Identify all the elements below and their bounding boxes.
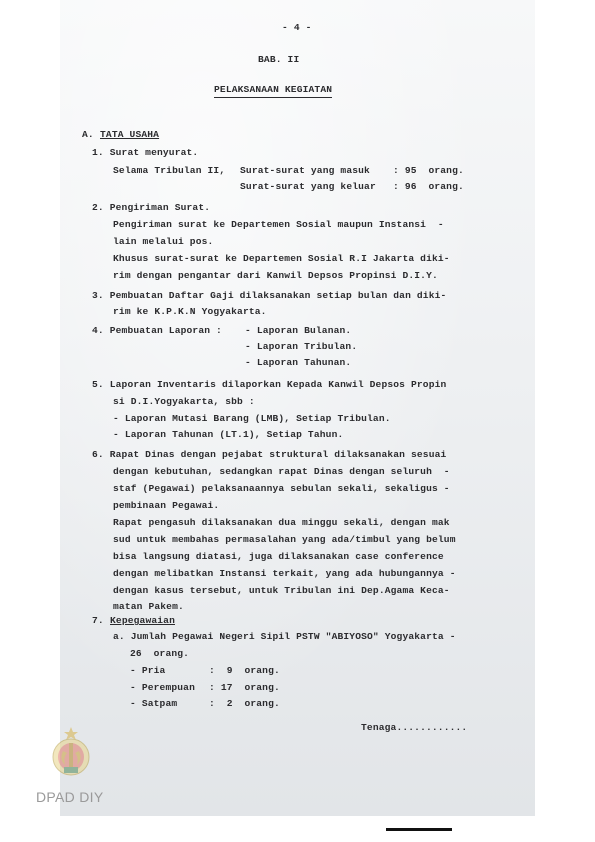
item7-title: Kepegawaian (110, 616, 175, 626)
item6-line: dengan melibatkan Instansi terkait, yang… (113, 569, 456, 579)
item7-sub-a-total: 26 orang. (130, 649, 189, 659)
breakdown-label: - Pria (130, 666, 165, 676)
chapter-heading: BAB. II (258, 55, 299, 65)
item1-incoming-label: Surat-surat yang masuk (240, 166, 370, 176)
breakdown-value: : 9 orang. (209, 666, 280, 676)
section-a-title: TATA USAHA (100, 130, 159, 140)
emblem-icon (51, 727, 91, 779)
item2-line: Pengiriman surat ke Departemen Sosial ma… (113, 220, 444, 230)
item4-title: 4. Pembuatan Laporan : (92, 326, 222, 336)
item6-line: dengan kasus tersebut, untuk Tribulan in… (113, 586, 450, 596)
item5-line: - Laporan Mutasi Barang (LMB), Setiap Tr… (113, 414, 391, 424)
item6-line: dengan kebutuhan, sedangkan rapat Dinas … (113, 467, 450, 477)
item6-line: 6. Rapat Dinas dengan pejabat struktural… (92, 450, 446, 460)
item3-line: rim ke K.P.K.N Yogyakarta. (113, 307, 267, 317)
item6-line: Rapat pengasuh dilaksanakan dua minggu s… (113, 518, 450, 528)
item1-period: Selama Tribulan II, (113, 166, 231, 176)
breakdown-label: - Perempuan (130, 683, 195, 693)
item4-report: - Laporan Tahunan. (245, 358, 351, 368)
bottom-rule (386, 828, 452, 831)
item6-line: bisa langsung diatasi, juga dilaksanakan… (113, 552, 444, 562)
section-a-label: A. (82, 130, 94, 140)
item3-line: 3. Pembuatan Daftar Gaji dilaksanakan se… (92, 291, 446, 301)
breakdown-value: : 2 orang. (209, 699, 280, 709)
item2-line: Khusus surat-surat ke Departemen Sosial … (113, 254, 450, 264)
item2-title: 2. Pengiriman Surat. (92, 203, 210, 213)
watermark-text: DPAD DIY (36, 789, 104, 805)
item6-line: matan Pakem. (113, 602, 184, 612)
breakdown-label: - Satpam (130, 699, 177, 709)
item5-line: 5. Laporan Inventaris dilaporkan Kepada … (92, 380, 446, 390)
item6-line: staf (Pegawai) pelaksanaannya sebulan se… (113, 484, 450, 494)
item5-line: - Laporan Tahunan (LT.1), Setiap Tahun. (113, 430, 343, 440)
scanned-page (60, 0, 535, 816)
item2-line: rim dengan pengantar dari Kanwil Depsos … (113, 271, 438, 281)
item1-incoming-value: : 95 orang. (393, 166, 464, 176)
chapter-title: PELAKSANAAN KEGIATAN (214, 85, 332, 98)
item4-report: - Laporan Bulanan. (245, 326, 351, 336)
item2-line: lain melalui pos. (113, 237, 213, 247)
item6-line: pembinaan Pegawai. (113, 501, 219, 511)
item7-sub-a: a. Jumlah Pegawai Negeri Sipil PSTW "ABI… (113, 632, 456, 642)
item1-outgoing-label: Surat-surat yang keluar (240, 182, 376, 192)
page-number: - 4 - (282, 23, 312, 33)
breakdown-value: : 17 orang. (209, 683, 280, 693)
item5-line: si D.I.Yogyakarta, sbb : (113, 397, 255, 407)
item7-number: 7. (92, 616, 104, 626)
item1-outgoing-value: : 96 orang. (393, 182, 464, 192)
item1-title: 1. Surat menyurat. (92, 148, 198, 158)
item4-report: - Laporan Tribulan. (245, 342, 357, 352)
item6-line: sud untuk membahas permasalahan yang ada… (113, 535, 456, 545)
continuation-catchword: Tenaga............ (361, 723, 467, 733)
